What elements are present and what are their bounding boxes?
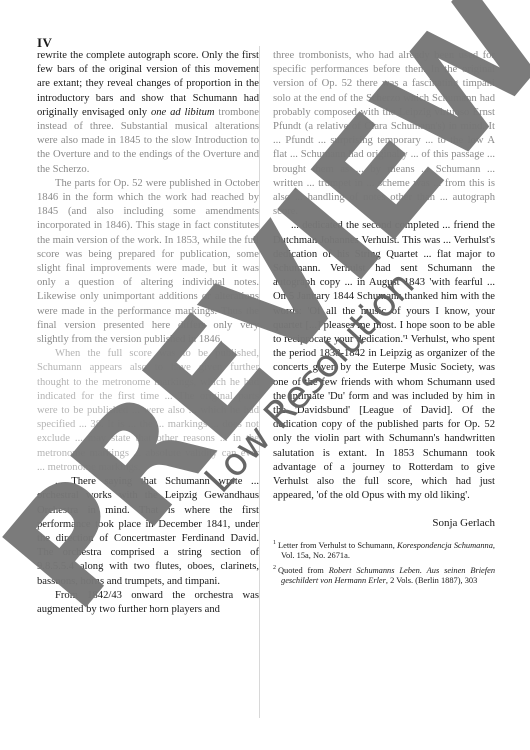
footnote-mark: 1 bbox=[273, 540, 276, 546]
paragraph: ... There saying that Schumann wrote ...… bbox=[37, 475, 259, 589]
italic-text: one ad libitum bbox=[151, 107, 215, 118]
paragraph: three trombonists, who had already been … bbox=[273, 49, 495, 219]
paragraph: rewrite the complete autograph score. On… bbox=[37, 49, 259, 177]
footnote: 2Quoted from Robert Schumanns Leben. Aus… bbox=[273, 563, 495, 587]
footnote-text: Letter from Verhulst to Schumann, bbox=[278, 541, 397, 550]
right-column: three trombonists, who had already been … bbox=[273, 49, 495, 588]
paragraph: The parts for Op. 52 were published in O… bbox=[37, 177, 259, 347]
paragraph: When the full score was to be published,… bbox=[37, 347, 259, 475]
left-column: rewrite the complete autograph score. On… bbox=[37, 49, 259, 617]
footnotes: 1Letter from Verhulst to Schumann, Kores… bbox=[273, 538, 495, 587]
footnote-mark: 2 bbox=[273, 565, 276, 571]
author-signature: Sonja Gerlach bbox=[273, 516, 495, 530]
paragraph: From 1842/43 onward the orchestra was au… bbox=[37, 589, 259, 617]
footnote: 1Letter from Verhulst to Schumann, Kores… bbox=[273, 538, 495, 562]
footnote-title: Korespondencja Schumanna bbox=[397, 541, 493, 550]
footnote-text: , 2 Vols. (Berlin 1887), 303 bbox=[386, 576, 477, 585]
footnote-text: Quoted from bbox=[278, 565, 329, 574]
column-divider bbox=[259, 46, 260, 718]
paragraph: ... dedicated the second completed ... f… bbox=[273, 219, 495, 503]
